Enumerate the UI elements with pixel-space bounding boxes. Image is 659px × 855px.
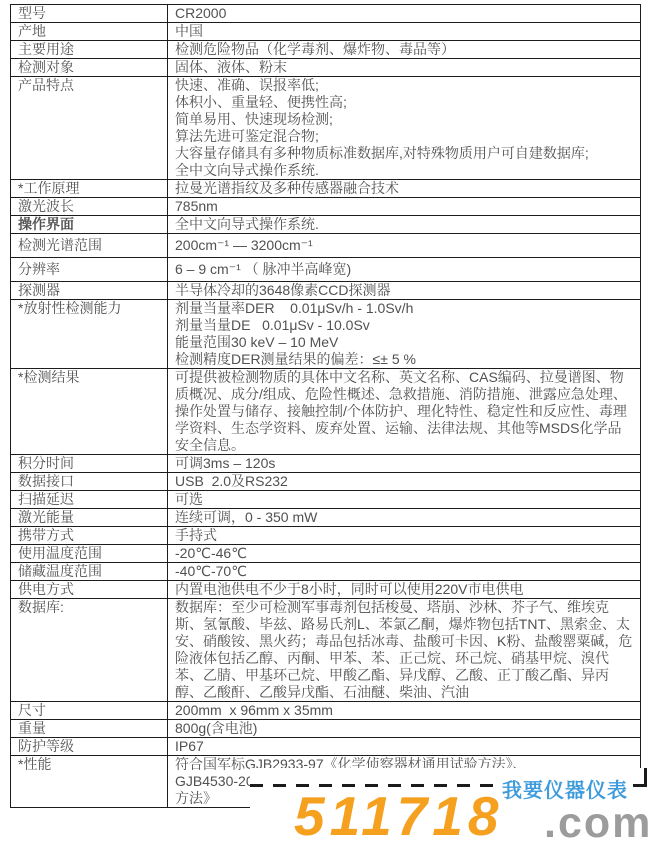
spec-row: 携带方式 手持式 <box>11 527 641 545</box>
spec-row: 积分时间 可调3ms – 120s <box>11 455 641 473</box>
product-spec-table: 型号 CR2000 产地 中国 主要用途 检测危险物品（化学毒剂、爆炸物、毒品等… <box>10 4 641 808</box>
spec-value: 检测危险物品（化学毒剂、爆炸物、毒品等） <box>168 41 641 59</box>
spec-row: 供电方式 内置电池供电不少于8小时，同时可以使用220V市电供电 <box>11 581 641 599</box>
spec-value: 中国 <box>168 23 641 41</box>
spec-value: 785nm <box>168 198 641 216</box>
spec-value: -40℃-70℃ <box>168 563 641 581</box>
spec-row: 防护等级 IP67 <box>11 738 641 756</box>
spec-label: 分辨率 <box>11 258 168 282</box>
spec-label: 尺寸 <box>11 702 168 720</box>
spec-row: 操作界面 全中文向导式操作系统. <box>11 216 641 234</box>
spec-label: 型号 <box>11 5 168 23</box>
spec-label: 使用温度范围 <box>11 545 168 563</box>
spec-label: 携带方式 <box>11 527 168 545</box>
spec-label: 产品特点 <box>11 77 168 180</box>
spec-row: 激光波长 785nm <box>11 198 641 216</box>
spec-label: *性能 <box>11 756 168 808</box>
spec-value: 可选 <box>168 491 641 509</box>
spec-row: 型号 CR2000 <box>11 5 641 23</box>
spec-label: 储藏温度范围 <box>11 563 168 581</box>
site-watermark: 我要仪器仪表 511718 .com <box>250 768 659 855</box>
spec-row: 尺寸 200mm x 96mm x 35mm <box>11 702 641 720</box>
spec-label: 检测光谱范围 <box>11 234 168 258</box>
spec-label: *检测结果 <box>11 369 168 455</box>
spec-value: 拉曼光谱指纹及多种传感器融合技术 <box>168 180 641 198</box>
watermark-site-tld: .com <box>544 802 652 845</box>
spec-row: *放射性检测能力 剂量当量率DER 0.01μSv/h - 1.0Sv/h 剂量… <box>11 300 641 369</box>
spec-label: 激光能量 <box>11 509 168 527</box>
spec-value: 半导体冷却的3648像素CCD探测器 <box>168 282 641 300</box>
spec-row: 重量 800g(含电池) <box>11 720 641 738</box>
spec-row: 产品特点 快速、准确、误报率低; 体积小、重量轻、便携性高; 简单易用、快速现场… <box>11 77 641 180</box>
watermark-corner-bracket <box>633 768 647 787</box>
spec-label: 数据库: <box>11 599 168 702</box>
spec-row: 数据库: 数据库：至少可检测军事毒剂包括梭曼、塔崩、沙林、芥子气、维埃克斯、氢氰… <box>11 599 641 702</box>
spec-label: 主要用途 <box>11 41 168 59</box>
spec-value: 固体、液体、粉末 <box>168 59 641 77</box>
watermark-site-number: 511718 <box>294 789 503 844</box>
spec-value: 快速、准确、误报率低; 体积小、重量轻、便携性高; 简单易用、快速现场检测; 算… <box>168 77 641 180</box>
spec-value: 剂量当量率DER 0.01μSv/h - 1.0Sv/h 剂量当量DE 0.01… <box>168 300 641 369</box>
spec-row: 分辨率 6 – 9 cm⁻¹ （ 脉冲半高峰宽) <box>11 258 641 282</box>
spec-value: 200cm⁻¹ — 3200cm⁻¹ <box>168 234 641 258</box>
spec-row: 检测对象 固体、液体、粉末 <box>11 59 641 77</box>
spec-row: 产地 中国 <box>11 23 641 41</box>
spec-row: 扫描延迟 可选 <box>11 491 641 509</box>
spec-sheet-page: 型号 CR2000 产地 中国 主要用途 检测危险物品（化学毒剂、爆炸物、毒品等… <box>0 0 659 855</box>
spec-row: 使用温度范围 -20℃-46℃ <box>11 545 641 563</box>
spec-label: 探测器 <box>11 282 168 300</box>
spec-label: *放射性检测能力 <box>11 300 168 369</box>
spec-row: 检测光谱范围 200cm⁻¹ — 3200cm⁻¹ <box>11 234 641 258</box>
spec-value: 全中文向导式操作系统. <box>168 216 641 234</box>
spec-label: 激光波长 <box>11 198 168 216</box>
spec-label: 操作界面 <box>11 216 168 234</box>
spec-label: 数据接口 <box>11 473 168 491</box>
spec-label: *工作原理 <box>11 180 168 198</box>
spec-value: 200mm x 96mm x 35mm <box>168 702 641 720</box>
spec-row: 数据接口 USB 2.0及RS232 <box>11 473 641 491</box>
spec-value: 可提供被检测物质的具体中文名称、英文名称、CAS编码、拉曼谱图、物质概况、成分/… <box>168 369 641 455</box>
spec-value: 6 – 9 cm⁻¹ （ 脉冲半高峰宽) <box>168 258 641 282</box>
spec-value: 手持式 <box>168 527 641 545</box>
spec-label: 供电方式 <box>11 581 168 599</box>
spec-label: 重量 <box>11 720 168 738</box>
spec-row: 主要用途 检测危险物品（化学毒剂、爆炸物、毒品等） <box>11 41 641 59</box>
spec-value: 数据库：至少可检测军事毒剂包括梭曼、塔崩、沙林、芥子气、维埃克斯、氢氰酸、毕兹、… <box>168 599 641 702</box>
spec-value: 连续可调，0 - 350 mW <box>168 509 641 527</box>
spec-row: *检测结果 可提供被检测物质的具体中文名称、英文名称、CAS编码、拉曼谱图、物质… <box>11 369 641 455</box>
spec-row: 储藏温度范围 -40℃-70℃ <box>11 563 641 581</box>
spec-row: *工作原理 拉曼光谱指纹及多种传感器融合技术 <box>11 180 641 198</box>
spec-value: 可调3ms – 120s <box>168 455 641 473</box>
spec-label: 检测对象 <box>11 59 168 77</box>
spec-value: -20℃-46℃ <box>168 545 641 563</box>
spec-label: 扫描延迟 <box>11 491 168 509</box>
spec-value: IP67 <box>168 738 641 756</box>
spec-label: 产地 <box>11 23 168 41</box>
spec-label: 积分时间 <box>11 455 168 473</box>
spec-value: USB 2.0及RS232 <box>168 473 641 491</box>
spec-value: CR2000 <box>168 5 641 23</box>
spec-value: 内置电池供电不少于8小时，同时可以使用220V市电供电 <box>168 581 641 599</box>
spec-row: 激光能量 连续可调，0 - 350 mW <box>11 509 641 527</box>
spec-label: 防护等级 <box>11 738 168 756</box>
spec-row: 探测器 半导体冷却的3648像素CCD探测器 <box>11 282 641 300</box>
spec-value: 800g(含电池) <box>168 720 641 738</box>
